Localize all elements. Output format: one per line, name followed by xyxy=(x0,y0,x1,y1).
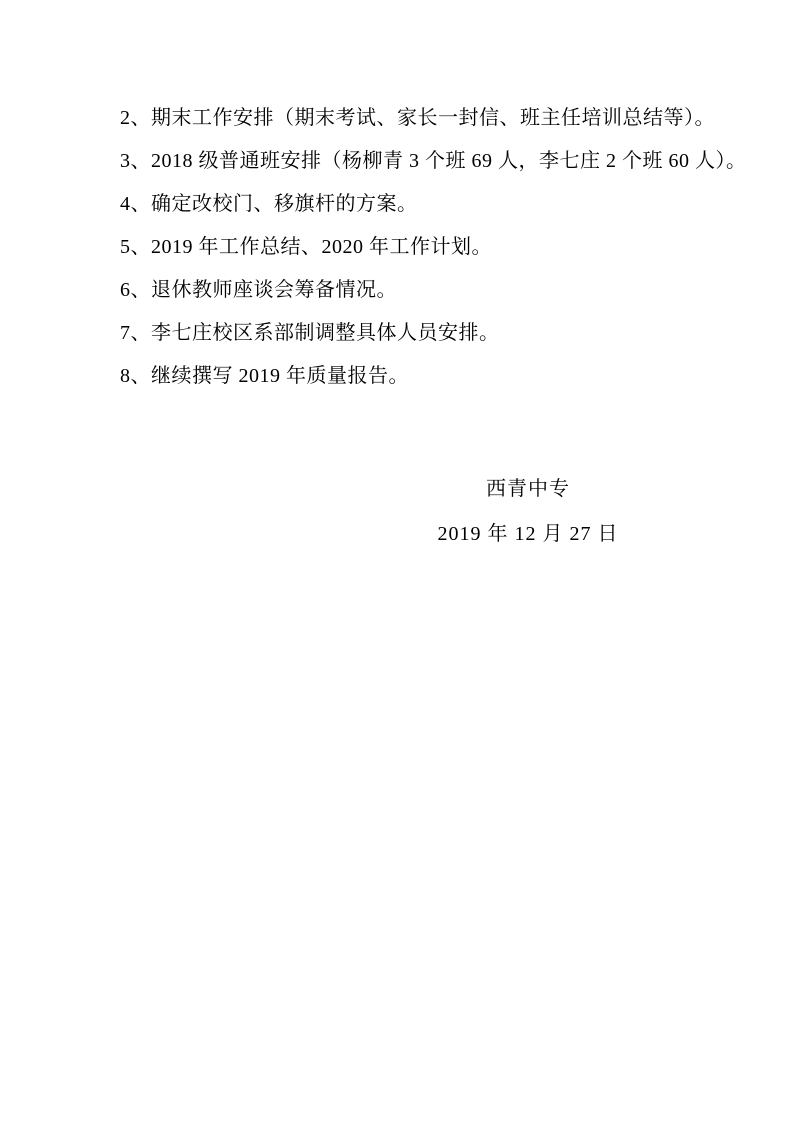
list-item: 4、确定改校门、移旗杆的方案。 xyxy=(120,183,740,226)
list-item: 7、李七庄校区系部制调整具体人员安排。 xyxy=(120,312,740,355)
document-page: 2、期末工作安排（期末考试、家长一封信、班主任培训总结等）。 3、2018 级普… xyxy=(0,0,793,1122)
list-item: 6、退休教师座谈会筹备情况。 xyxy=(120,269,740,312)
list-item: 3、2018 级普通班安排（杨柳青 3 个班 69 人，李七庄 2 个班 60 … xyxy=(120,140,740,183)
list-item: 2、期末工作安排（期末考试、家长一封信、班主任培训总结等）。 xyxy=(120,97,740,140)
signature-block: 西青中专 2019 年 12 月 27 日 xyxy=(263,468,793,556)
agenda-list: 2、期末工作安排（期末考试、家长一封信、班主任培训总结等）。 3、2018 级普… xyxy=(120,97,740,398)
list-item: 8、继续撰写 2019 年质量报告。 xyxy=(120,355,740,398)
signature-org: 西青中专 xyxy=(263,468,793,511)
list-item: 5、2019 年工作总结、2020 年工作计划。 xyxy=(120,226,740,269)
signature-date: 2019 年 12 月 27 日 xyxy=(263,513,793,556)
